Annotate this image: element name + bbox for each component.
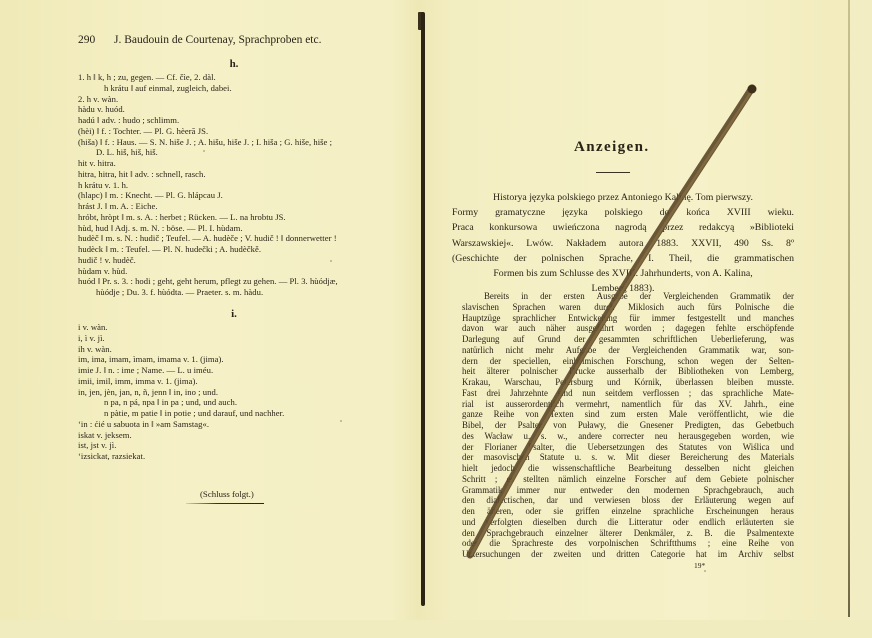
dictionary-entry: ‘izsickat, razsiekat.: [78, 451, 145, 462]
paper-speck: [203, 150, 205, 152]
citation-line: (GeschichtederpolnischenSprache,I.Theil,…: [452, 251, 794, 266]
citation-line: FormygramatycznejęzykapolskiegodokońcaXV…: [452, 205, 794, 220]
paper-speck: [330, 260, 332, 262]
citation-line: Historya języka polskiego przez Antonieg…: [452, 190, 794, 205]
dictionary-entry: imie J. ‖ n. : ime ; Name. — L. u iméu.: [78, 365, 213, 376]
dictionary-entry: hùdam v. hùd.: [78, 266, 127, 277]
dictionary-entry: hudèck ‖ m. : Teufel. — Pl. N. hudečki ;…: [78, 244, 261, 255]
end-rule: [186, 503, 264, 504]
dictionary-entry: hudèč ‖ m. s. N. : hudič ; Teufel. — A. …: [78, 233, 337, 244]
dictionary-entry: h krátu v. 1. h.: [78, 180, 128, 191]
dictionary-entry: hróbt, hròpt ‖ m. s. A. : herbet ; Rücke…: [78, 212, 286, 223]
closing-note: (Schluss folgt.): [200, 489, 254, 499]
running-title: J. Baudouin de Courtenay, Sprachproben e…: [114, 34, 321, 46]
paper-speck: [340, 420, 342, 422]
dictionary-entry: (hiša) ‖ f. : Haus. — S. N. hiše J. ; A.…: [78, 137, 332, 148]
dictionary-entry: hitra, hitra, hit ‖ adv. : schnell, rasc…: [78, 169, 206, 180]
dictionary-entry: hadú ‖ adv. : hudo ; schlimm.: [78, 115, 179, 126]
scan-background-strip: [0, 620, 872, 638]
dictionary-entry: (hèi) ‖ f. : Tochter. — Pl. G. hèerā JS.: [78, 126, 208, 137]
page-right-edge: [848, 0, 850, 617]
dictionary-entry: i v. wàn.: [78, 322, 108, 333]
dictionary-entry: 1. h ‖ k, h ; zu, gegen. — Cf. čìe, 2. d…: [78, 72, 216, 83]
dictionary-entry: D. L. hiš, hiš, hiš.: [96, 147, 158, 158]
scan-background-margin: [850, 0, 872, 620]
left-page: 290 J. Baudouin de Courtenay, Sprachprob…: [0, 0, 420, 620]
heading-rule: [596, 172, 630, 173]
dictionary-entry: imii, imil, imm, imma v. 1. (jima).: [78, 376, 198, 387]
dictionary-entry: n pàtie, m patie ‖ in potie ; und darauf…: [104, 408, 284, 419]
citation-line: Formen bis zum Schlusse des XVIII. Jahrh…: [452, 266, 794, 281]
dictionary-entry: hàdu v. huód.: [78, 104, 125, 115]
dictionary-entry: ‘in : ćié u sabuota in ‖ »am Samstag«.: [78, 419, 209, 430]
dictionary-entry: 2. h v. wàn.: [78, 94, 118, 105]
dictionary-entry: h krátu ‖ auf einmal, zugleich, dabei.: [104, 83, 232, 94]
section-letter: i.: [224, 308, 244, 320]
dictionary-entry: n pa, n pá, npa ‖ in pa ; und, und auch.: [104, 397, 237, 408]
dictionary-entry: hit v. hitra.: [78, 158, 116, 169]
section-letter: h.: [224, 58, 244, 70]
dictionary-entry: hùódje ; Du. 3. f. hùódta. — Praeter. s.…: [96, 287, 263, 298]
citation-line: Warszawskiej«.Lwów.Nakłademautora1883.XX…: [452, 236, 794, 251]
page-number: 290: [78, 34, 95, 46]
dictionary-entry: im, ima, imam, ìmam, imama v. 1. (jima).: [78, 354, 224, 365]
signature-mark: 19*: [694, 561, 705, 570]
body-text-line: UntersuchungenderzweitenunddrittenCatego…: [462, 548, 794, 560]
dictionary-entry: in, jen, jèn, jan, n, ñ, jenn ‖ in, ino …: [78, 387, 218, 398]
dictionary-entry: iskat v. jeksem.: [78, 430, 132, 441]
dictionary-entry: hrást J. ‖ m. A. : Eiche.: [78, 201, 158, 212]
dictionary-entry: huód ‖ Pr. s. 3. : hodi ; geht, geht her…: [78, 276, 338, 287]
dictionary-entry: (hlapc) ‖ m. : Knecht. — Pl. G. hlápcau …: [78, 190, 223, 201]
dictionary-entry: ist, jst v. jì.: [78, 440, 116, 451]
paper-speck: [704, 570, 706, 572]
dictionary-entry: ih v. wàn.: [78, 344, 112, 355]
dictionary-entry: i, ì v. jì.: [78, 333, 105, 344]
citation-line: Pracakonkursowauwieńczonanagrodąprzezred…: [452, 220, 794, 235]
bibliographic-citation: Historya języka polskiego przez Antonieg…: [452, 190, 794, 296]
dictionary-entry: hùd, hud ‖ Adj. s. m. N. : böse. — Pl. I…: [78, 223, 243, 234]
dictionary-entry: hudič ! v. hudèč.: [78, 255, 136, 266]
section-heading: Anzeigen.: [574, 139, 650, 156]
